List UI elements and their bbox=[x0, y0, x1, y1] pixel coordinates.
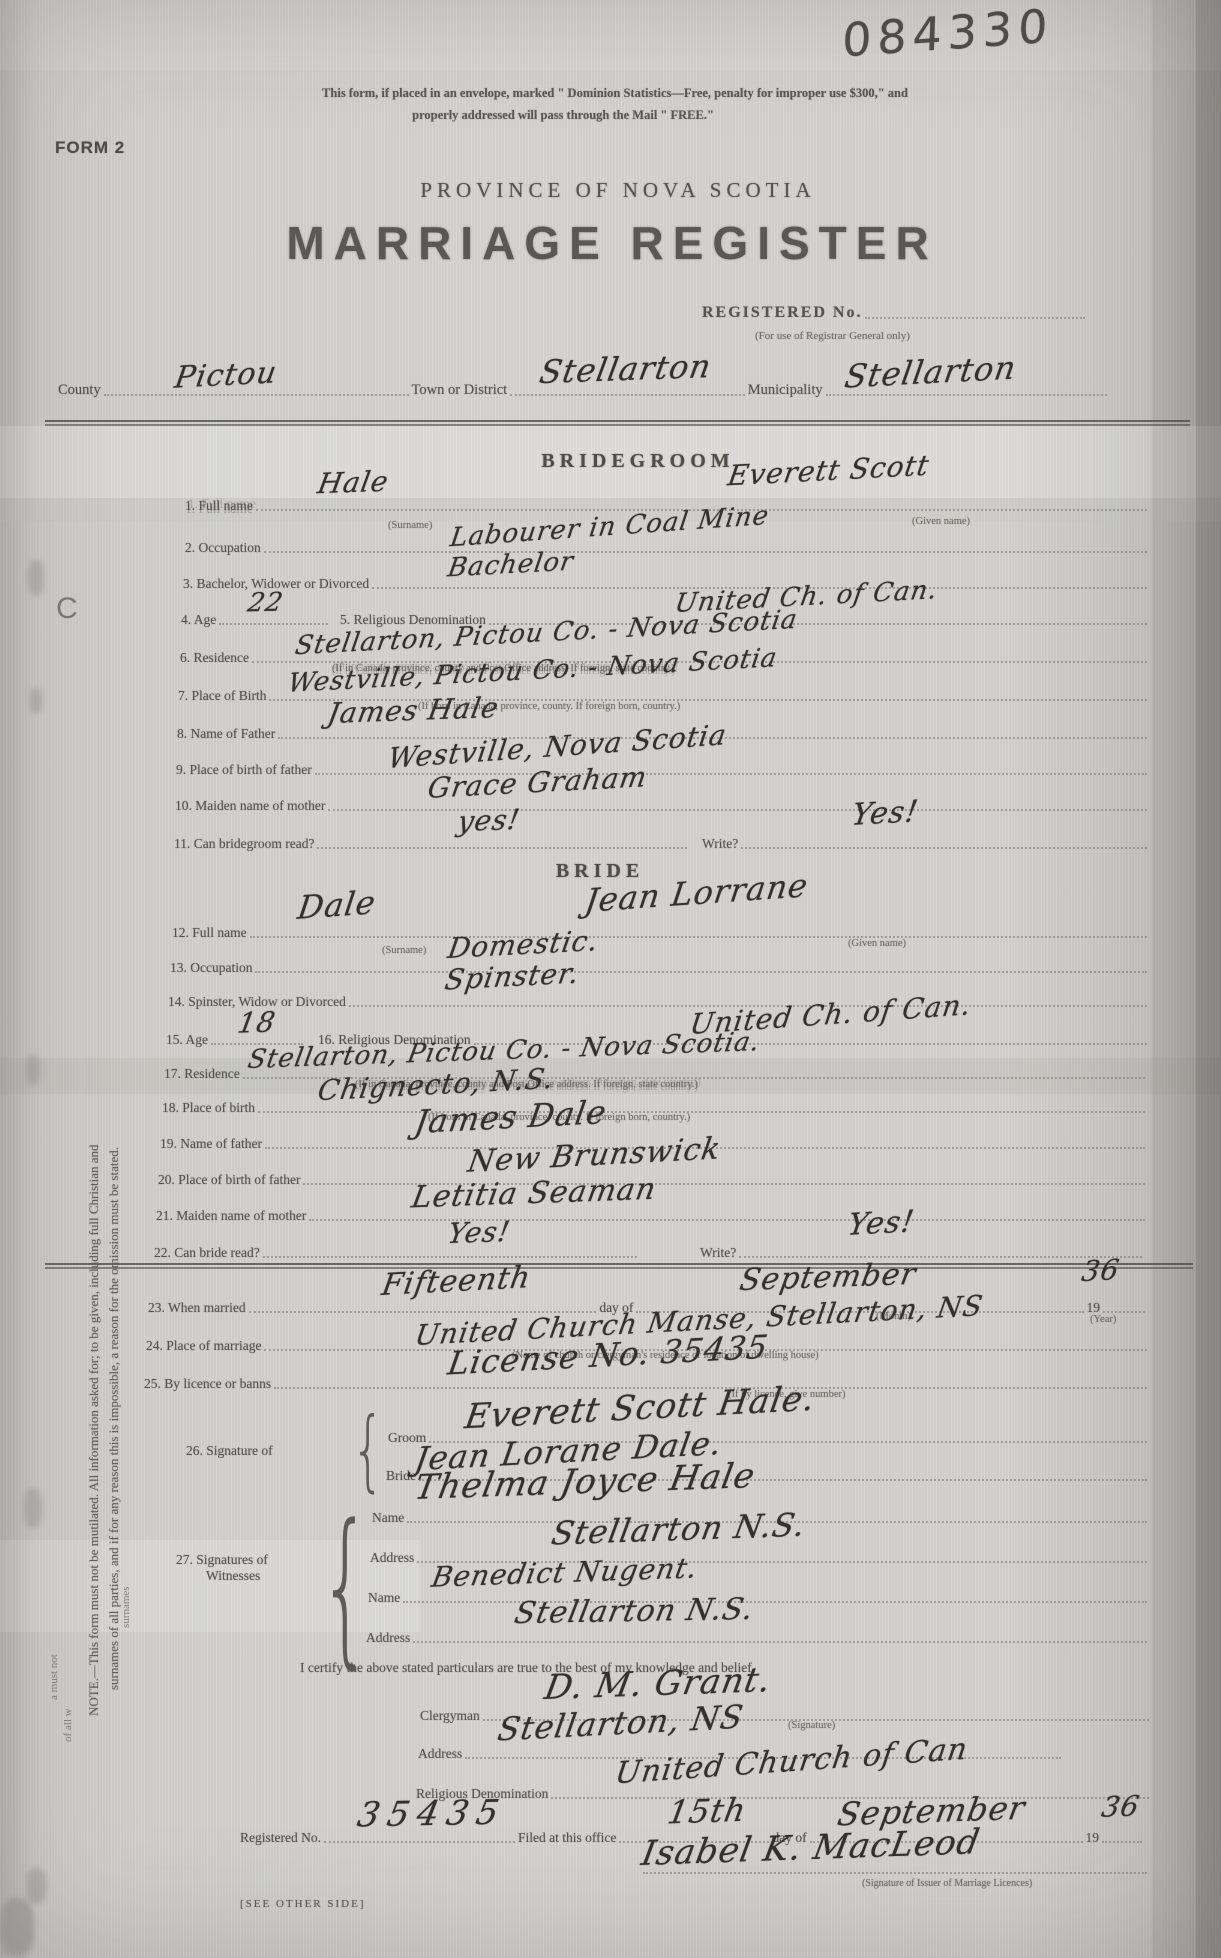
bride-read-value: Yes! bbox=[445, 1215, 513, 1250]
section-divider bbox=[45, 420, 1190, 422]
witness1-name-label: Name bbox=[372, 1510, 404, 1526]
witness1-address-value: Stellarton N.S. bbox=[549, 1505, 809, 1552]
scan-smudge-2 bbox=[30, 688, 42, 714]
dotted-line bbox=[510, 394, 745, 396]
married-day-value: Fifteenth bbox=[379, 1260, 533, 1303]
denomination-row: Religious Denomination bbox=[416, 1786, 1152, 1802]
groom-write-label: Write? bbox=[702, 836, 738, 852]
page-title: MARRIAGE REGISTER bbox=[286, 216, 937, 270]
witness2-address-row: Address bbox=[366, 1630, 1150, 1646]
margin-note-line1: NOTE.—This form must not be mutilated. A… bbox=[86, 1144, 102, 1716]
when-married-label: 23. When married bbox=[148, 1300, 246, 1316]
filed-year-prefix: 19 bbox=[1086, 1830, 1100, 1846]
groom-write-row: Write? bbox=[702, 836, 1150, 852]
bride-father-label: 19. Name of father bbox=[160, 1136, 262, 1152]
scan-smudge-6 bbox=[0, 1898, 34, 1956]
groom-given-name: Everett Scott bbox=[725, 449, 931, 493]
clergyman-signature-note: (Signature) bbox=[788, 1720, 835, 1731]
groom-status-row: 3. Bachelor, Widower or Divorced bbox=[183, 576, 1150, 592]
dotted-line bbox=[1102, 1841, 1142, 1843]
groom-father-birthplace-label: 9. Place of birth of father bbox=[176, 762, 312, 778]
bride-residence-label: 17. Residence bbox=[164, 1066, 240, 1082]
scan-smudge-4 bbox=[24, 1488, 42, 1528]
dotted-line bbox=[263, 1256, 637, 1258]
bride-surname: Dale bbox=[295, 883, 378, 927]
witness1-address-label: Address bbox=[370, 1550, 414, 1566]
witness2-address-value: Stellarton N.S. bbox=[512, 1592, 757, 1631]
registered-no-value: 35435 bbox=[354, 1793, 510, 1836]
clergyman-label: Clergyman bbox=[420, 1708, 480, 1724]
place-of-marriage-label: 24. Place of marriage bbox=[146, 1338, 261, 1354]
married-month-value: September bbox=[737, 1257, 919, 1298]
issuer-signature-note: (Signature of Issuer of Marriage Licence… bbox=[862, 1878, 1032, 1889]
bride-fullname-label: 12. Full name bbox=[172, 925, 247, 941]
form-number: FORM 2 bbox=[55, 138, 125, 158]
bride-fullname-row: 12. Full name bbox=[172, 925, 1150, 941]
dotted-line bbox=[104, 394, 409, 396]
signature-brace: { bbox=[351, 1398, 385, 1501]
dotted-line bbox=[250, 936, 1147, 938]
clergyman-address-value: Stellarton, NS bbox=[495, 1697, 746, 1748]
dotted-line bbox=[324, 1841, 515, 1843]
margin-ghost-fragment-3: surnames bbox=[120, 1586, 132, 1628]
bride-write-label: Write? bbox=[700, 1245, 736, 1261]
registered-no-footer-label: Registered No. bbox=[240, 1830, 321, 1846]
mail-notice-line1: This form, if placed in an envelope, mar… bbox=[322, 86, 908, 101]
issuer-signature-row bbox=[640, 1872, 1150, 1877]
groom-surname: Hale bbox=[315, 465, 391, 501]
bride-read-row: 22. Can bride read? bbox=[154, 1245, 640, 1261]
filed-year-value: 36 bbox=[1099, 1789, 1142, 1824]
marriage-register-scan: 084330 This form, if placed in an envelo… bbox=[0, 0, 1221, 1958]
dotted-line bbox=[264, 551, 1147, 553]
dotted-line bbox=[317, 847, 687, 849]
dotted-line bbox=[741, 847, 1147, 849]
groom-birthplace-label: 7. Place of Birth bbox=[178, 688, 266, 704]
licence-label: 25. By licence or banns bbox=[144, 1376, 271, 1392]
witnesses-label-line2: Witnesses bbox=[206, 1568, 260, 1584]
stamp-number: 084330 bbox=[841, 0, 1054, 68]
groom-read-value: yes! bbox=[455, 803, 523, 838]
dotted-line bbox=[403, 1601, 1147, 1603]
groom-father-value: James Hale bbox=[325, 691, 502, 730]
groom-occupation-label: 2. Occupation bbox=[185, 540, 261, 556]
dotted-line bbox=[413, 1641, 1147, 1643]
denomination-value: United Church of Can bbox=[613, 1731, 970, 1791]
bride-status-row: 14. Spinster, Widow or Divorced bbox=[168, 994, 1150, 1010]
scan-band-right bbox=[1152, 0, 1221, 1958]
married-year-value: 36 bbox=[1079, 1253, 1122, 1288]
scan-band-right-edge bbox=[1196, 0, 1221, 1958]
dotted-line bbox=[219, 623, 328, 625]
bridegroom-section-title: BRIDEGROOM bbox=[541, 450, 734, 473]
clergyman-address-label: Address bbox=[418, 1746, 462, 1762]
see-other-side: [SEE OTHER SIDE] bbox=[240, 1898, 366, 1910]
margin-ghost-fragment-1: a must not bbox=[48, 1654, 60, 1700]
bride-write-value: Yes! bbox=[845, 1204, 917, 1243]
filed-day-value: 15th bbox=[665, 1791, 750, 1832]
bride-birthplace-label: 18. Place of birth bbox=[162, 1100, 255, 1116]
county-label: County bbox=[58, 382, 101, 399]
given-name-note: (Given name) bbox=[912, 516, 970, 527]
groom-mother-row: 10. Maiden name of mother bbox=[175, 798, 1150, 814]
bride-occupation-label: 13. Occupation bbox=[170, 960, 252, 976]
groom-age-value: 22 bbox=[245, 588, 286, 619]
bride-status-value: Spinster. bbox=[442, 956, 582, 996]
witnesses-label-line1: 27. Signatures of bbox=[176, 1552, 268, 1568]
year-note: (Year) bbox=[1090, 1314, 1116, 1325]
groom-fullname-label: 1. Full name bbox=[185, 498, 253, 514]
dotted-line bbox=[328, 809, 1147, 811]
bride-age-label: 15. Age bbox=[166, 1032, 208, 1048]
witness2-name-label: Name bbox=[368, 1590, 400, 1606]
groom-age-label: 4. Age bbox=[181, 612, 216, 628]
province-heading: PROVINCE OF NOVA SCOTIA bbox=[420, 178, 815, 203]
bride-read-label: 22. Can bride read? bbox=[154, 1245, 260, 1261]
groom-occupation-row: 2. Occupation bbox=[185, 540, 1150, 556]
bride-given-note: (Given name) bbox=[848, 938, 906, 949]
bride-age-value: 18 bbox=[235, 1005, 278, 1040]
dotted-line bbox=[865, 317, 1085, 319]
margin-ghost-letter: C bbox=[56, 592, 78, 626]
county-value: Pictou bbox=[172, 355, 279, 396]
groom-father-label: 8. Name of Father bbox=[177, 726, 275, 742]
witnesses-brace: { bbox=[319, 1488, 372, 1684]
groom-mother-label: 10. Maiden name of mother bbox=[175, 798, 325, 814]
town-label: Town or District bbox=[412, 382, 508, 399]
bride-father-birthplace-label: 20. Place of birth of father bbox=[158, 1172, 300, 1188]
filed-label: Filed at this office bbox=[518, 1830, 616, 1846]
surname-note: (Surname) bbox=[388, 520, 432, 531]
bride-surname-note: (Surname) bbox=[382, 945, 426, 956]
scan-smudge-3 bbox=[26, 1055, 40, 1085]
marriage-divider bbox=[45, 1263, 1193, 1265]
dotted-line bbox=[258, 1111, 1145, 1113]
bride-mother-row: 21. Maiden name of mother bbox=[156, 1208, 1148, 1224]
groom-write-value: Yes! bbox=[849, 794, 921, 833]
signature-of-label: 26. Signature of bbox=[186, 1443, 273, 1459]
bride-occupation-row: 13. Occupation bbox=[170, 960, 1150, 976]
mail-notice-line2: properly addressed will pass through the… bbox=[412, 108, 714, 123]
groom-father-birthplace-row: 9. Place of birth of father bbox=[176, 762, 1150, 778]
dotted-line bbox=[739, 1256, 1142, 1258]
registered-no-label: REGISTERED No. bbox=[702, 304, 862, 322]
groom-read-row: 11. Can bridegroom read? bbox=[174, 836, 690, 852]
registrar-note: (For use of Registrar General only) bbox=[755, 330, 910, 342]
registered-no-row: REGISTERED No. bbox=[702, 304, 1088, 322]
scan-smudge-1 bbox=[28, 560, 44, 596]
dotted-line bbox=[1103, 1311, 1145, 1313]
margin-ghost-fragment-2: of all w bbox=[62, 1708, 74, 1742]
witness2-address-label: Address bbox=[366, 1630, 410, 1646]
dotted-line bbox=[309, 1219, 1145, 1221]
scan-smudge-5 bbox=[26, 1868, 46, 1904]
dotted-line bbox=[255, 971, 1147, 973]
groom-read-label: 11. Can bridegroom read? bbox=[174, 836, 314, 852]
dotted-line bbox=[643, 1872, 1147, 1874]
witness2-name-row: Name bbox=[368, 1590, 1150, 1606]
bride-write-row: Write? bbox=[700, 1245, 1145, 1261]
bride-mother-label: 21. Maiden name of mother bbox=[156, 1208, 306, 1224]
town-value: Stellarton bbox=[537, 347, 715, 391]
groom-residence-label: 6. Residence bbox=[180, 650, 249, 666]
municipality-label: Municipality bbox=[748, 382, 823, 399]
